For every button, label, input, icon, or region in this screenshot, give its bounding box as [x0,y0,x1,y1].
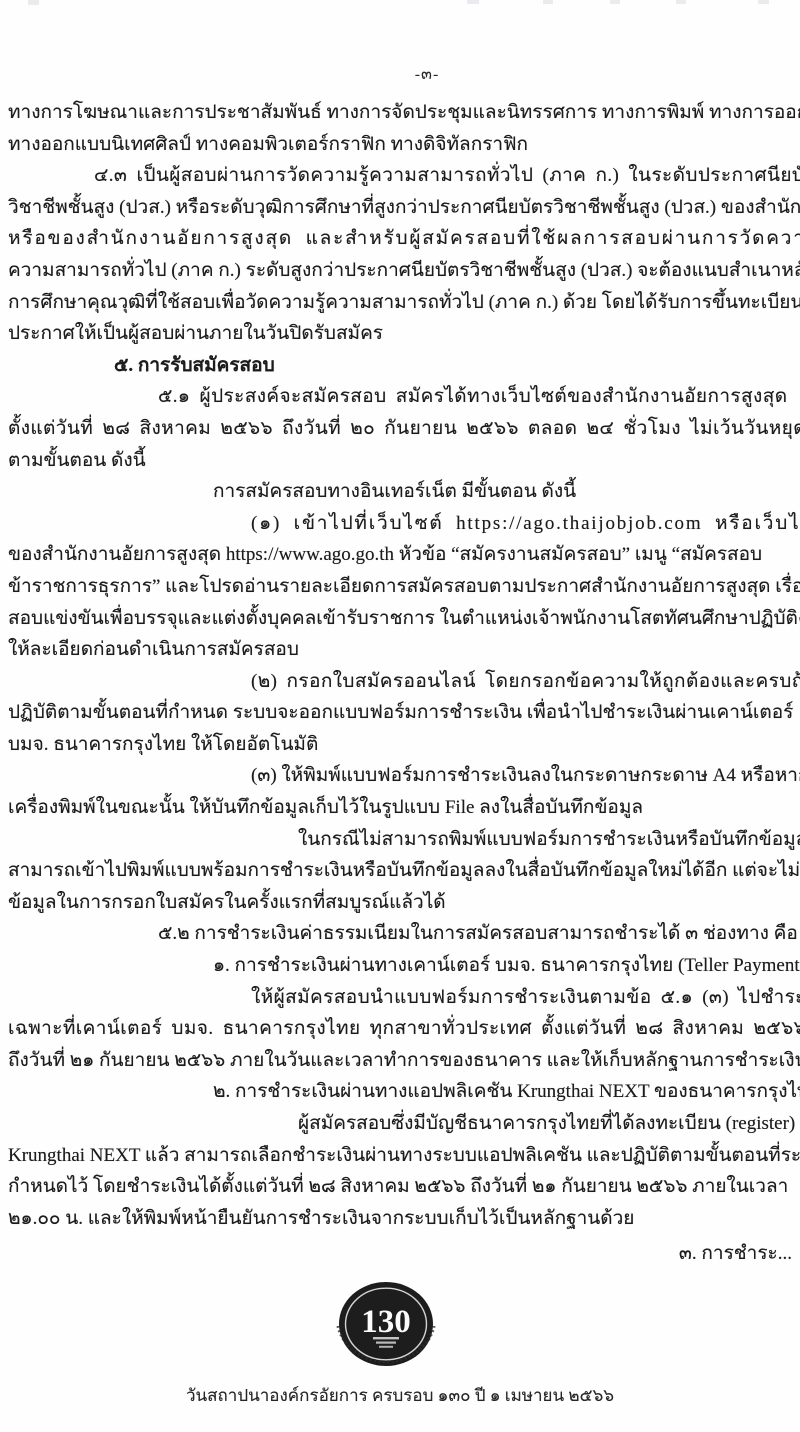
page-number: -๓- [27,62,800,87]
scan-artifact [28,0,39,5]
text-line: ปฏิบัติตามขั้นตอนที่กำหนด ระบบจะออกแบบฟอ… [8,697,798,729]
text-line: ประกาศให้เป็นผู้สอบผ่านภายในวันปิดรับสมั… [8,318,798,350]
text-line: การสมัครสอบทางอินเทอร์เน็ต มีขั้นตอน ดัง… [8,476,798,508]
text-line: ตั้งแต่วันที่ ๒๘ สิงหาคม ๒๕๖๖ ถึงวันที่ … [8,413,798,445]
text-line: หรือของสำนักงานอัยการสูงสุด และสำหรับผู้… [8,223,798,255]
text-line: ๕. การรับสมัครสอบ [8,350,798,382]
seal-graphic: 130 [336,1280,436,1372]
text-line: ข้อมูลในการกรอกใบสมัครในครั้งแรกที่สมบูร… [8,887,798,919]
text-line: ทางออกแบบนิเทศศิลป์ ทางคอมพิวเตอร์กราฟิก… [8,129,798,161]
anniversary-seal-stamp: 130 [336,1280,436,1372]
scan-artifact [676,0,686,4]
scan-artifact [758,0,769,4]
text-line: วิชาชีพชั้นสูง (ปวส.) หรือระดับวุฒิการศึ… [8,192,798,224]
seal-caption: วันสถาปนาองค์กรอัยการ ครบรอบ ๑๓๐ ปี ๑ เม… [0,1382,800,1409]
text-line: ให้ละเอียดก่อนดำเนินการสมัครสอบ [8,634,798,666]
scan-artifact [543,0,553,4]
continuation-note: ๓. การชำระ... [679,1238,792,1268]
text-line: ข้าราชการธุรการ” และโปรดอ่านรายละเอียดกา… [8,571,798,603]
document-body: ทางการโฆษณาและการประชาสัมพันธ์ ทางการจัด… [8,97,798,1234]
text-line: Krungthai NEXT แล้ว สามารถเลือกชำระเงินผ… [8,1140,798,1172]
text-line: ให้ผู้สมัครสอบนำแบบฟอร์มการชำระเงินตามข้… [8,982,798,1014]
text-line: ๕.๑ ผู้ประสงค์จะสมัครสอบ สมัครได้ทางเว็บ… [8,381,798,413]
text-line: ผู้สมัครสอบซึ่งมีบัญชีธนาคารกรุงไทยที่ได… [8,1108,798,1140]
scan-artifact [467,0,479,4]
text-line: เครื่องพิมพ์ในขณะนั้น ให้บันทึกข้อมูลเก็… [8,792,798,824]
scan-artifact [610,0,620,4]
text-line: สามารถเข้าไปพิมพ์แบบพร้อมการชำระเงินหรือ… [8,855,798,887]
text-line: ๑. การชำระเงินผ่านทางเคาน์เตอร์ บมจ. ธนา… [8,950,798,982]
text-line: (๓) ให้พิมพ์แบบฟอร์มการชำระเงินลงในกระดา… [8,760,798,792]
text-line: ความสามารถทั่วไป (ภาค ก.) ระดับสูงกว่าปร… [8,255,798,287]
scanned-document-page: -๓- ทางการโฆษณาและการประชาสัมพันธ์ ทางกา… [0,0,800,1432]
text-line: ๒. การชำระเงินผ่านทางแอปพลิเคชัน Krungth… [8,1076,798,1108]
text-line: (๒) กรอกใบสมัครออนไลน์ โดยกรอกข้อความให้… [8,666,798,698]
text-line: ๔.๓ เป็นผู้สอบผ่านการวัดความรู้ความสามาร… [8,160,798,192]
text-line: สอบแข่งขันเพื่อบรรจุและแต่งตั้งบุคคลเข้า… [8,603,798,635]
text-line: ๕.๒ การชำระเงินค่าธรรมเนียมในการสมัครสอบ… [8,918,798,950]
text-line: ในกรณีไม่สามารถพิมพ์แบบฟอร์มการชำระเงินห… [8,824,798,856]
text-line: กำหนดไว้ โดยชำระเงินได้ตั้งแต่วันที่ ๒๘ … [8,1171,798,1203]
seal-number: 130 [361,1304,411,1340]
text-line: ของสำนักงานอัยการสูงสุด https://www.ago.… [8,539,798,571]
text-line: บมจ. ธนาคารกรุงไทย ให้โดยอัตโนมัติ [8,729,798,761]
text-line: ทางการโฆษณาและการประชาสัมพันธ์ ทางการจัด… [8,97,798,129]
text-line: เฉพาะที่เคาน์เตอร์ บมจ. ธนาคารกรุงไทย ทุ… [8,1013,798,1045]
text-line: (๑) เข้าไปที่เว็บไซต์ https://ago.thaijo… [8,508,798,540]
text-line: การศึกษาคุณวุฒิที่ใช้สอบเพื่อวัดความรู้ค… [8,287,798,319]
text-line: ถึงวันที่ ๒๑ กันยายน ๒๕๖๖ ภายในวันและเวล… [8,1045,798,1077]
text-line: ๒๑.๐๐ น. และให้พิมพ์หน้ายืนยันการชำระเงิ… [8,1203,798,1235]
text-line: ตามขั้นตอน ดังนี้ [8,445,798,477]
